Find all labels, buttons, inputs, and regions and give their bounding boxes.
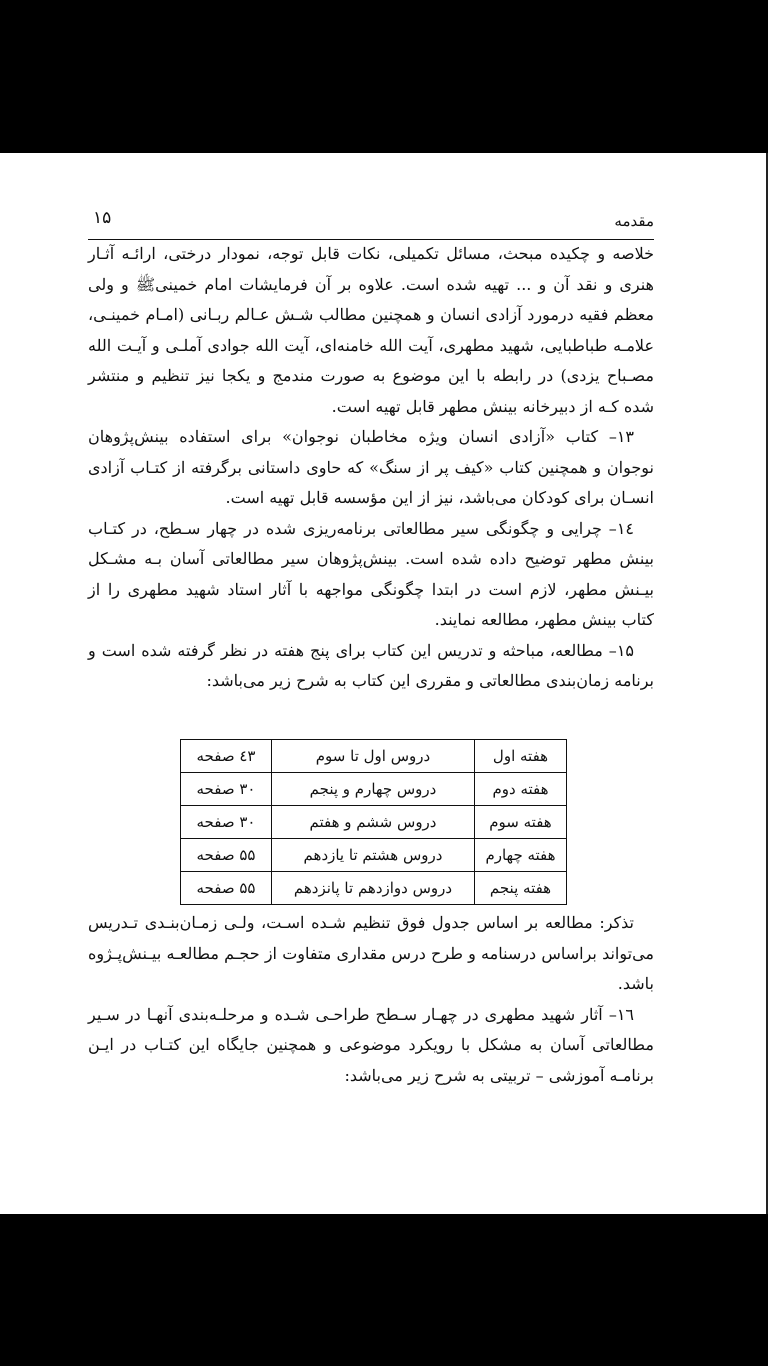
week-cell: هفته اول — [475, 740, 567, 773]
week-cell: هفته دوم — [475, 773, 567, 806]
paragraph-note: تذکر: مطالعه بر اساس جدول فوق تنظیم شـده… — [88, 908, 654, 1000]
top-black-bar — [0, 0, 768, 153]
schedule-table-container: هفته اول دروس اول تا سوم ٤۳ صفحه هفته دو… — [180, 739, 567, 905]
table-row: هفته اول دروس اول تا سوم ٤۳ صفحه — [181, 740, 567, 773]
body-text-top: خلاصه و چکیده مبحث، مسائل تکمیلی، نکات ق… — [88, 239, 654, 697]
pages-cell: ۵۵ صفحه — [181, 872, 272, 905]
week-cell: هفته چهارم — [475, 839, 567, 872]
table-row: هفته چهارم دروس هشتم تا یازدهم ۵۵ صفحه — [181, 839, 567, 872]
bottom-black-bar — [0, 1214, 768, 1366]
paragraph-item-13: ۱۳– کتاب «آزادی انسان ویژه مخاطبان نوجوا… — [88, 422, 654, 514]
schedule-table: هفته اول دروس اول تا سوم ٤۳ صفحه هفته دو… — [180, 739, 567, 905]
lessons-cell: دروس دوازدهم تا پانزدهم — [272, 872, 475, 905]
page-number: ۱۵ — [93, 208, 111, 228]
paragraph-continued: خلاصه و چکیده مبحث، مسائل تکمیلی، نکات ق… — [88, 239, 654, 422]
lessons-cell: دروس چهارم و پنجم — [272, 773, 475, 806]
pages-cell: ۵۵ صفحه — [181, 839, 272, 872]
paragraph-item-14: ۱٤– چرایی و چگونگی سیر مطالعاتی برنامه‌ر… — [88, 514, 654, 636]
table-row: هفته دوم دروس چهارم و پنجم ۳۰ صفحه — [181, 773, 567, 806]
page-header: مقدمه ۱۵ — [88, 208, 654, 236]
paragraph-item-15: ۱۵– مطالعه، مباحثه و تدریس این کتاب برای… — [88, 636, 654, 697]
week-cell: هفته پنجم — [475, 872, 567, 905]
table-row: هفته پنجم دروس دوازدهم تا پانزدهم ۵۵ صفح… — [181, 872, 567, 905]
table-row: هفته سوم دروس ششم و هفتم ۳۰ صفحه — [181, 806, 567, 839]
lessons-cell: دروس اول تا سوم — [272, 740, 475, 773]
pages-cell: ۳۰ صفحه — [181, 806, 272, 839]
week-cell: هفته سوم — [475, 806, 567, 839]
pages-cell: ۳۰ صفحه — [181, 773, 272, 806]
book-page[interactable]: مقدمه ۱۵ خلاصه و چکیده مبحث، مسائل تکمیل… — [0, 153, 768, 1214]
chapter-title: مقدمه — [614, 212, 654, 230]
pages-cell: ٤۳ صفحه — [181, 740, 272, 773]
paragraph-item-16: ۱٦– آثار شهید مطهری در چهـار سـطح طراحـی… — [88, 1000, 654, 1092]
body-text-bottom: تذکر: مطالعه بر اساس جدول فوق تنظیم شـده… — [88, 908, 654, 1091]
lessons-cell: دروس ششم و هفتم — [272, 806, 475, 839]
lessons-cell: دروس هشتم تا یازدهم — [272, 839, 475, 872]
